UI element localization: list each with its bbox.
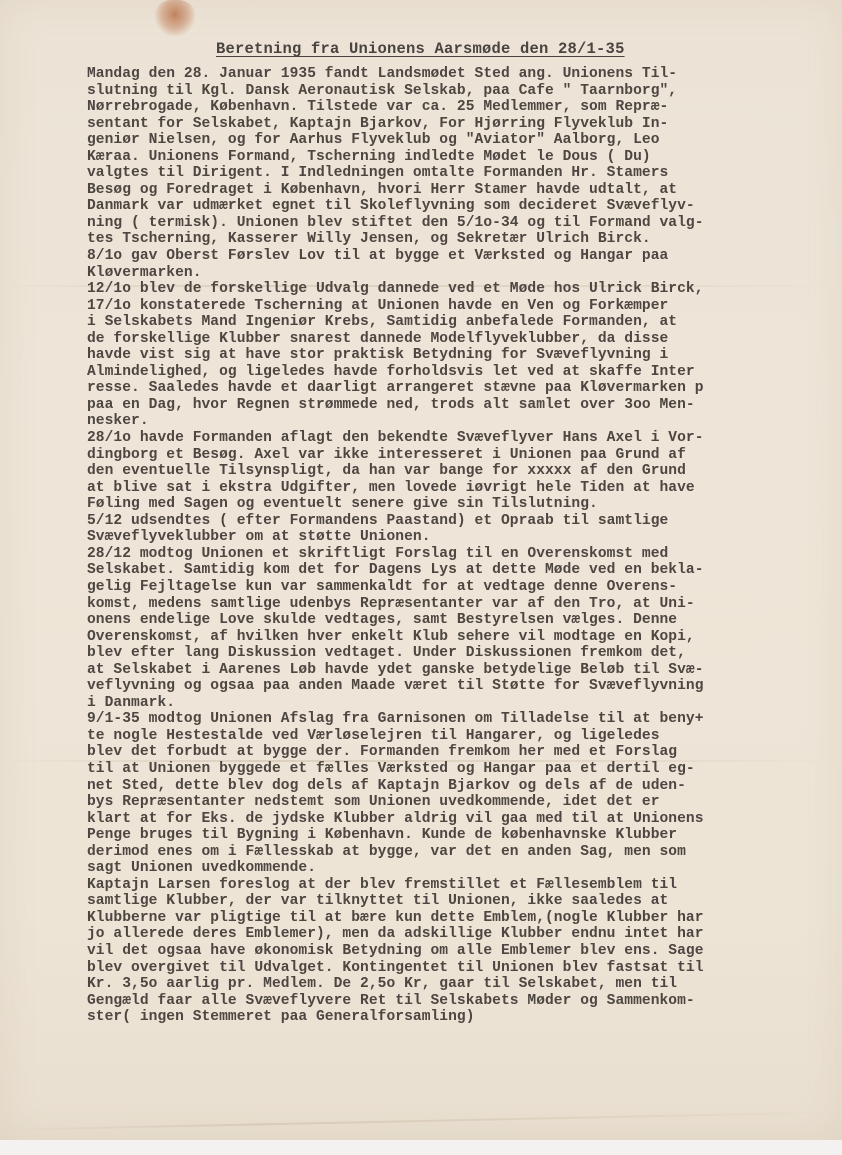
text-line: Gengæld faar alle Svæveflyvere Ret til S… xyxy=(87,993,827,1010)
text-line: Kløvermarken. xyxy=(87,265,827,282)
text-line: til at Unionen byggede et fælles Værkste… xyxy=(87,761,827,778)
text-line: blev overgivet til Udvalget. Kontingente… xyxy=(87,960,827,977)
text-line: Overenskomst, af hvilken hver enkelt Klu… xyxy=(87,629,827,646)
text-line: resse. Saaledes havde et daarligt arrang… xyxy=(87,380,827,397)
text-line: blev efter lang Diskussion vedtaget. Und… xyxy=(87,645,827,662)
text-line: dingborg et Besøg. Axel var ikke interes… xyxy=(87,447,827,464)
text-line: nesker. xyxy=(87,413,827,430)
document-body: Mandag den 28. Januar 1935 fandt Landsmø… xyxy=(87,66,827,1026)
text-line: Penge bruges til Bygning i København. Ku… xyxy=(87,827,827,844)
text-line: komst, medens samtlige udenbys Repræsent… xyxy=(87,596,827,613)
text-line: bys Repræsentanter nedstemt som Unionen … xyxy=(87,794,827,811)
paper-fold-line xyxy=(0,1111,842,1131)
text-line: de forskellige Klubber snarest dannede M… xyxy=(87,331,827,348)
text-line: sentant for Selskabet, Kaptajn Bjarkov, … xyxy=(87,116,827,133)
scan-margin xyxy=(0,1140,842,1155)
text-line: Nørrebrogade, København. Tilstede var ca… xyxy=(87,99,827,116)
text-line: havde vist sig at have stor praktisk Bet… xyxy=(87,347,827,364)
text-line: Svæveflyveklubber om at støtte Unionen. xyxy=(87,529,827,546)
text-line: paa en Dag, hvor Regnen strømmede ned, t… xyxy=(87,397,827,414)
text-line: Kr. 3,5o aarlig pr. Medlem. De 2,5o Kr, … xyxy=(87,976,827,993)
text-line: Kaptajn Larsen foreslog at der blev frem… xyxy=(87,877,827,894)
text-line: 9/1-35 modtog Unionen Afslag fra Garniso… xyxy=(87,711,827,728)
text-line: Almindelighed, og ligeledes havde forhol… xyxy=(87,364,827,381)
text-line: Kæraa. Unionens Formand, Tscherning indl… xyxy=(87,149,827,166)
text-line: i Danmark. xyxy=(87,695,827,712)
text-line: 28/12 modtog Unionen et skriftligt Forsl… xyxy=(87,546,827,563)
text-line: 12/1o blev de forskellige Udvalg dannede… xyxy=(87,281,827,298)
text-line: at blive sat i ekstra Udgifter, men love… xyxy=(87,480,827,497)
text-line: Mandag den 28. Januar 1935 fandt Landsmø… xyxy=(87,66,827,83)
text-line: net Sted, dette blev dog dels af Kaptajn… xyxy=(87,778,827,795)
text-line: sagt Unionen uvedkommende. xyxy=(87,860,827,877)
text-line: Føling med Sagen og eventuelt senere giv… xyxy=(87,496,827,513)
text-line: vil det ogsaa have økonomisk Betydning o… xyxy=(87,943,827,960)
text-line: Klubberne var pligtige til at bære kun d… xyxy=(87,910,827,927)
text-line: 28/1o havde Formanden aflagt den bekendt… xyxy=(87,430,827,447)
text-line: 5/12 udsendtes ( efter Formandens Paasta… xyxy=(87,513,827,530)
text-line: at Selskabet i Aarenes Løb havde ydet ga… xyxy=(87,662,827,679)
text-line: samtlige Klubber, der var tilknyttet til… xyxy=(87,893,827,910)
text-line: Besøg og Foredraget i København, hvori H… xyxy=(87,182,827,199)
text-line: i Selskabets Mand Ingeniør Krebs, Samtid… xyxy=(87,314,827,331)
text-line: veflyvning og ogsaa paa anden Maade være… xyxy=(87,678,827,695)
text-line: 8/1o gav Oberst Førslev Lov til at bygge… xyxy=(87,248,827,265)
text-line: valgtes til Dirigent. I Indledningen omt… xyxy=(87,165,827,182)
text-line: den eventuelle Tilsynspligt, da han var … xyxy=(87,463,827,480)
document-title: Beretning fra Unionens Aarsmøde den 28/1… xyxy=(216,40,625,58)
text-line: 17/1o konstaterede Tscherning at Unionen… xyxy=(87,298,827,315)
text-line: ster( ingen Stemmeret paa Generalforsaml… xyxy=(87,1009,827,1026)
text-line: geniør Nielsen, og for Aarhus Flyveklub … xyxy=(87,132,827,149)
text-line: Selskabet. Samtidig kom det for Dagens L… xyxy=(87,562,827,579)
rust-stain xyxy=(155,0,195,36)
text-line: onens endelige Love skulde vedtages, sam… xyxy=(87,612,827,629)
typewritten-page: Beretning fra Unionens Aarsmøde den 28/1… xyxy=(0,0,842,1140)
text-line: gelig Fejltagelse kun var sammenkaldt fo… xyxy=(87,579,827,596)
text-line: klart at for Eks. de jydske Klubber aldr… xyxy=(87,811,827,828)
text-line: ning ( termisk). Unionen blev stiftet de… xyxy=(87,215,827,232)
text-line: Danmark var udmærket egnet til Skoleflyv… xyxy=(87,198,827,215)
text-line: blev det forbudt at bygge der. Formanden… xyxy=(87,744,827,761)
text-line: derimod enes om i Fællesskab at bygge, v… xyxy=(87,844,827,861)
text-line: jo allerede deres Emblemer), men da adsk… xyxy=(87,926,827,943)
text-line: te nogle Hestestalde ved Værløselejren t… xyxy=(87,728,827,745)
text-line: tes Tscherning, Kasserer Willy Jensen, o… xyxy=(87,231,827,248)
text-line: slutning til Kgl. Dansk Aeronautisk Sels… xyxy=(87,83,827,100)
